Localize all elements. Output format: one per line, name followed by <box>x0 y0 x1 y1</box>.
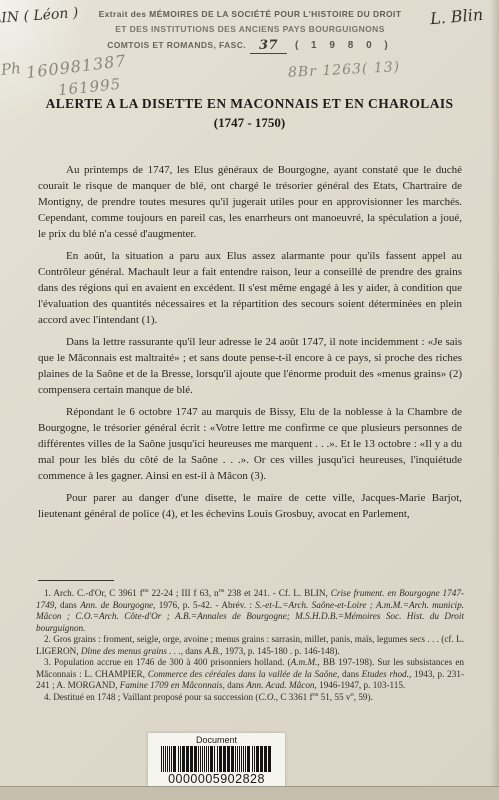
barcode-bars <box>154 746 280 772</box>
body-paragraph: Pour parer au danger d'une disette, le m… <box>38 490 462 522</box>
barcode-label-box: Document 0000005902828 <box>148 733 285 788</box>
library-stamp: Extrait des MÉMOIRES DE LA SOCIÉTÉ POUR … <box>62 7 438 53</box>
barcode-title: Document <box>148 735 285 745</box>
scanned-document-page: Extrait des MÉMOIRES DE LA SOCIÉTÉ POUR … <box>0 0 499 800</box>
stamp-line-1: Extrait des MÉMOIRES DE LA SOCIÉTÉ POUR … <box>62 7 438 22</box>
stamp-line-3-prefix: COMTOIS ET ROMANDS, FASC. <box>107 40 246 50</box>
fascicule-number-handwritten: 37 <box>250 38 287 54</box>
footnote: 1. Arch. C.-d'Or, C 3961 fos 22-24 ; III… <box>36 588 464 634</box>
footnotes-block: 1. Arch. C.-d'Or, C 3961 fos 22-24 ; III… <box>36 588 464 703</box>
stamp-year: ( 1 9 8 0 ) <box>295 38 393 53</box>
footnote: 3. Population accrue en 1746 de 300 à 40… <box>36 657 464 692</box>
barcode-number: 0000005902828 <box>148 772 285 786</box>
article-subtitle-dates: (1747 - 1750) <box>0 115 499 131</box>
footnote-separator <box>38 580 114 581</box>
body-paragraph: Dans la lettre rassurante qu'il leur adr… <box>38 334 462 398</box>
handwriting-author-top-right: L. Blin <box>429 5 484 29</box>
article-body: Au printemps de 1747, les Elus généraux … <box>38 162 462 528</box>
body-paragraph: Répondant le 6 octobre 1747 au marquis d… <box>38 404 462 484</box>
pencil-shelfmark: 8Br 1263( 13) <box>288 59 401 81</box>
body-paragraph: En août, la situation a paru aux Elus as… <box>38 248 462 328</box>
article-title-block: ALERTE A LA DISETTE EN MACONNAIS ET EN C… <box>0 96 499 131</box>
stamp-line-2: ET DES INSTITUTIONS DES ANCIENS PAYS BOU… <box>62 22 438 37</box>
stamp-line-3: COMTOIS ET ROMANDS, FASC.37( 1 9 8 0 ) <box>62 37 438 53</box>
body-paragraph: Au printemps de 1747, les Elus généraux … <box>38 162 462 242</box>
article-title: ALERTE A LA DISETTE EN MACONNAIS ET EN C… <box>0 96 499 112</box>
page-edge-shadow-right <box>490 0 499 800</box>
footnote: 4. Destitué en 1748 ; Vaillant proposé p… <box>36 692 464 704</box>
pencil-accession-prefix: Ph <box>0 59 22 79</box>
page-edge-shadow-bottom <box>0 786 499 800</box>
footnote: 2. Gros grains : froment, seigle, orge, … <box>36 634 464 657</box>
